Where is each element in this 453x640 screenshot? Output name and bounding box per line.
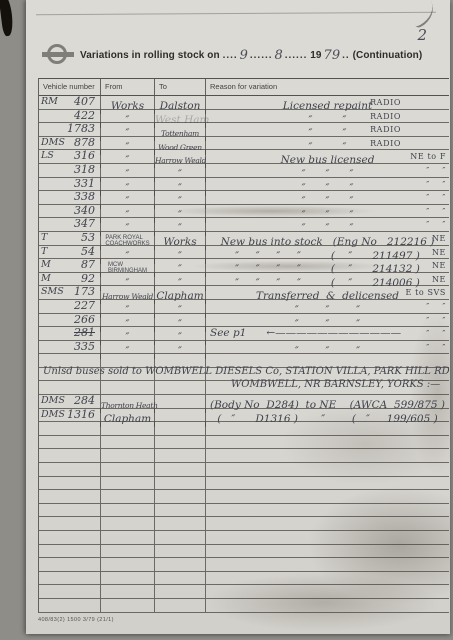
- table-row: 338″″″ ″ ″″ ″: [39, 191, 449, 205]
- empty-cell: [155, 599, 206, 612]
- note-annotation: ″ ″: [426, 192, 446, 205]
- table-row: T53PARK ROYAL COACHWORKSWorksNew bus int…: [39, 232, 449, 246]
- empty-cell: [155, 572, 206, 585]
- empty-row: [39, 477, 449, 491]
- empty-cell: [206, 490, 449, 503]
- empty-cell: [39, 490, 101, 503]
- table-row: 266″″″ ″ ″″ ″: [39, 314, 449, 328]
- empty-cell: [206, 558, 449, 571]
- empty-cell: [206, 449, 449, 462]
- table-row: M87MCW BIRMINGHAM″″ ″ ″ ″ ( ″ 214132 )NE: [39, 259, 449, 273]
- empty-cell: [155, 381, 206, 394]
- empty-cell: [155, 504, 206, 517]
- document-page: Variations in rolling stock on .... 9 ..…: [26, 0, 450, 634]
- empty-row: [39, 599, 449, 613]
- table-row: 331″″″ ″ ″″ ″: [39, 178, 449, 192]
- empty-cell: [155, 531, 206, 544]
- column-header-vehicle-number: Vehicle number: [39, 79, 101, 95]
- empty-cell: [155, 585, 206, 598]
- empty-cell: [101, 436, 155, 449]
- empty-row: [39, 545, 449, 559]
- empty-cell: [101, 477, 155, 490]
- empty-cell: [101, 531, 155, 544]
- empty-cell: [206, 517, 449, 530]
- dotted-line: ......: [285, 50, 308, 61]
- empty-row: [39, 504, 449, 518]
- empty-cell: [101, 449, 155, 462]
- form-header: Variations in rolling stock on .... 9 ..…: [42, 44, 422, 64]
- empty-cell: [101, 463, 155, 476]
- table-row: 335″″″ ″ ″″ ″: [39, 341, 449, 355]
- note-annotation: ″ ″: [426, 301, 446, 314]
- empty-row: [39, 490, 449, 504]
- table-row: 281″″See p1 ←————————————″ ″: [39, 327, 449, 341]
- note-annotation: ″ ″: [426, 206, 446, 219]
- empty-cell: [155, 463, 206, 476]
- note-annotation: RADIO: [370, 124, 401, 137]
- column-header-to: To: [155, 79, 206, 95]
- empty-cell: [206, 599, 449, 612]
- empty-cell: [206, 572, 449, 585]
- empty-cell: [101, 585, 155, 598]
- empty-cell: [101, 599, 155, 612]
- empty-cell: [39, 558, 101, 571]
- empty-cell: [155, 558, 206, 571]
- note-annotation: ″ ″: [426, 315, 446, 328]
- title-text: Variations in rolling stock on: [80, 50, 220, 61]
- empty-cell: [101, 558, 155, 571]
- london-transport-roundel-icon: [42, 44, 74, 64]
- empty-cell: [206, 422, 449, 435]
- table-row: DMS1316Clapham( ″ D1316 ) ″ ( ″ 199/605 …: [39, 409, 449, 423]
- empty-cell: [155, 449, 206, 462]
- empty-cell: [155, 490, 206, 503]
- note-annotation: NE to F: [410, 151, 446, 164]
- empty-cell: [206, 531, 449, 544]
- form-print-code: 408/83(2) 1500 3/79 (21/1): [38, 617, 114, 623]
- table-row: 340″″″ ″ ″″ ″: [39, 205, 449, 219]
- note-text: WOMBWELL, NR BARNSLEY, YORKS :—: [231, 379, 440, 392]
- empty-cell: [206, 545, 449, 558]
- note-row: WOMBWELL, NR BARNSLEY, YORKS :—: [39, 381, 449, 395]
- dotted-line: ..: [342, 50, 350, 61]
- empty-cell: [206, 463, 449, 476]
- empty-cell: [155, 517, 206, 530]
- empty-cell: [101, 504, 155, 517]
- note-annotation: NE: [432, 260, 446, 273]
- empty-cell: [39, 572, 101, 585]
- empty-row: [39, 585, 449, 599]
- table-row: 1783″Tottenham″ ″RADIO: [39, 123, 449, 137]
- table-row: 227″″″ ″ ″″ ″: [39, 300, 449, 314]
- form-title: Variations in rolling stock on .... 9 ..…: [80, 47, 422, 62]
- table-row: 318″″″ ″ ″″ ″: [39, 164, 449, 178]
- empty-cell: [155, 436, 206, 449]
- roundel-bar: [42, 52, 74, 57]
- table-row: 347″″″ ″ ″″ ″: [39, 218, 449, 232]
- empty-row: [39, 572, 449, 586]
- empty-cell: [101, 517, 155, 530]
- handwritten-year: 79: [323, 48, 340, 63]
- column-header-from: From: [101, 79, 155, 95]
- table-rows: RM407WorksDalstonLicensed repaintRADIO42…: [39, 96, 449, 613]
- printed-year-prefix: 19: [310, 50, 321, 61]
- empty-cell: [101, 572, 155, 585]
- note-annotation: ″ ″: [426, 342, 446, 355]
- empty-row: [39, 558, 449, 572]
- empty-cell: [101, 545, 155, 558]
- empty-cell: [39, 381, 101, 394]
- paper-crease: [36, 12, 436, 15]
- dotted-line: ....: [223, 50, 238, 61]
- empty-row: [39, 436, 449, 450]
- column-header-reason: Reason for variation: [206, 79, 449, 95]
- note-annotation: ″ ″: [426, 219, 446, 232]
- note-annotation: NE: [432, 247, 446, 260]
- note-annotation: RADIO: [370, 138, 401, 151]
- empty-cell: [39, 517, 101, 530]
- note-annotation: ″ ″: [426, 179, 446, 192]
- handwritten-day: 9: [240, 48, 248, 63]
- table-row: DMS284Thornton Heath(Body No D284) to NE…: [39, 395, 449, 409]
- empty-cell: [155, 477, 206, 490]
- empty-row: [39, 463, 449, 477]
- empty-cell: [39, 422, 101, 435]
- page-curl-mark: [406, 0, 440, 29]
- empty-row: [39, 531, 449, 545]
- empty-cell: [206, 477, 449, 490]
- empty-cell: [39, 599, 101, 612]
- empty-cell: [206, 585, 449, 598]
- empty-cell: [39, 545, 101, 558]
- empty-cell: [155, 422, 206, 435]
- table-row: T54″″″ ″ ″ ″ ( ″ 211497 )NE: [39, 246, 449, 260]
- empty-cell: [39, 463, 101, 476]
- title-continuation: (Continuation): [353, 50, 423, 61]
- note-annotation: ″ ″: [426, 165, 446, 178]
- table-row: LS316″Harrow WealdNew bus licensedNE to …: [39, 150, 449, 164]
- empty-cell: [39, 477, 101, 490]
- note-annotation: RADIO: [370, 111, 401, 124]
- table-row: RM407WorksDalstonLicensed repaintRADIO: [39, 96, 449, 110]
- empty-cell: [39, 531, 101, 544]
- empty-cell: [39, 449, 101, 462]
- note-annotation: ″ ″: [426, 328, 446, 341]
- scan-artifact-blot: [0, 0, 14, 37]
- note-annotation: NE: [432, 233, 446, 246]
- empty-cell: [101, 490, 155, 503]
- empty-row: [39, 422, 449, 436]
- empty-cell: [39, 436, 101, 449]
- reason-text: See p1 ←————————————: [210, 327, 401, 340]
- handwritten-month: 8: [274, 48, 282, 63]
- empty-cell: [39, 585, 101, 598]
- empty-cell: [101, 422, 155, 435]
- table-row: SMS173Harrow WealdClaphamTransferred & d…: [39, 286, 449, 300]
- note-annotation: NE: [432, 274, 446, 287]
- table-row: M92″″″ ″ ″ ″ ( ″ 214006 )NE: [39, 273, 449, 287]
- empty-cell: [206, 504, 449, 517]
- note-text: Unlsd buses sold to WOMBWELL DIESELS Co,…: [43, 366, 450, 379]
- variations-table: Vehicle number From To Reason for variat…: [38, 78, 449, 613]
- empty-cell: [206, 436, 449, 449]
- empty-cell: [155, 545, 206, 558]
- table-header-row: Vehicle number From To Reason for variat…: [39, 78, 449, 96]
- handwritten-page-number: 2: [417, 26, 427, 44]
- empty-row: [39, 449, 449, 463]
- empty-cell: [101, 381, 155, 394]
- empty-row: [39, 517, 449, 531]
- note-annotation: E to SVS: [406, 287, 447, 300]
- empty-cell: [39, 504, 101, 517]
- dotted-line: ......: [250, 50, 273, 61]
- table-row: DMS878″Wood Green″ ″RADIO: [39, 137, 449, 151]
- table-row: 422″West Ham″ ″RADIO: [39, 110, 449, 124]
- note-annotation: RADIO: [370, 97, 401, 110]
